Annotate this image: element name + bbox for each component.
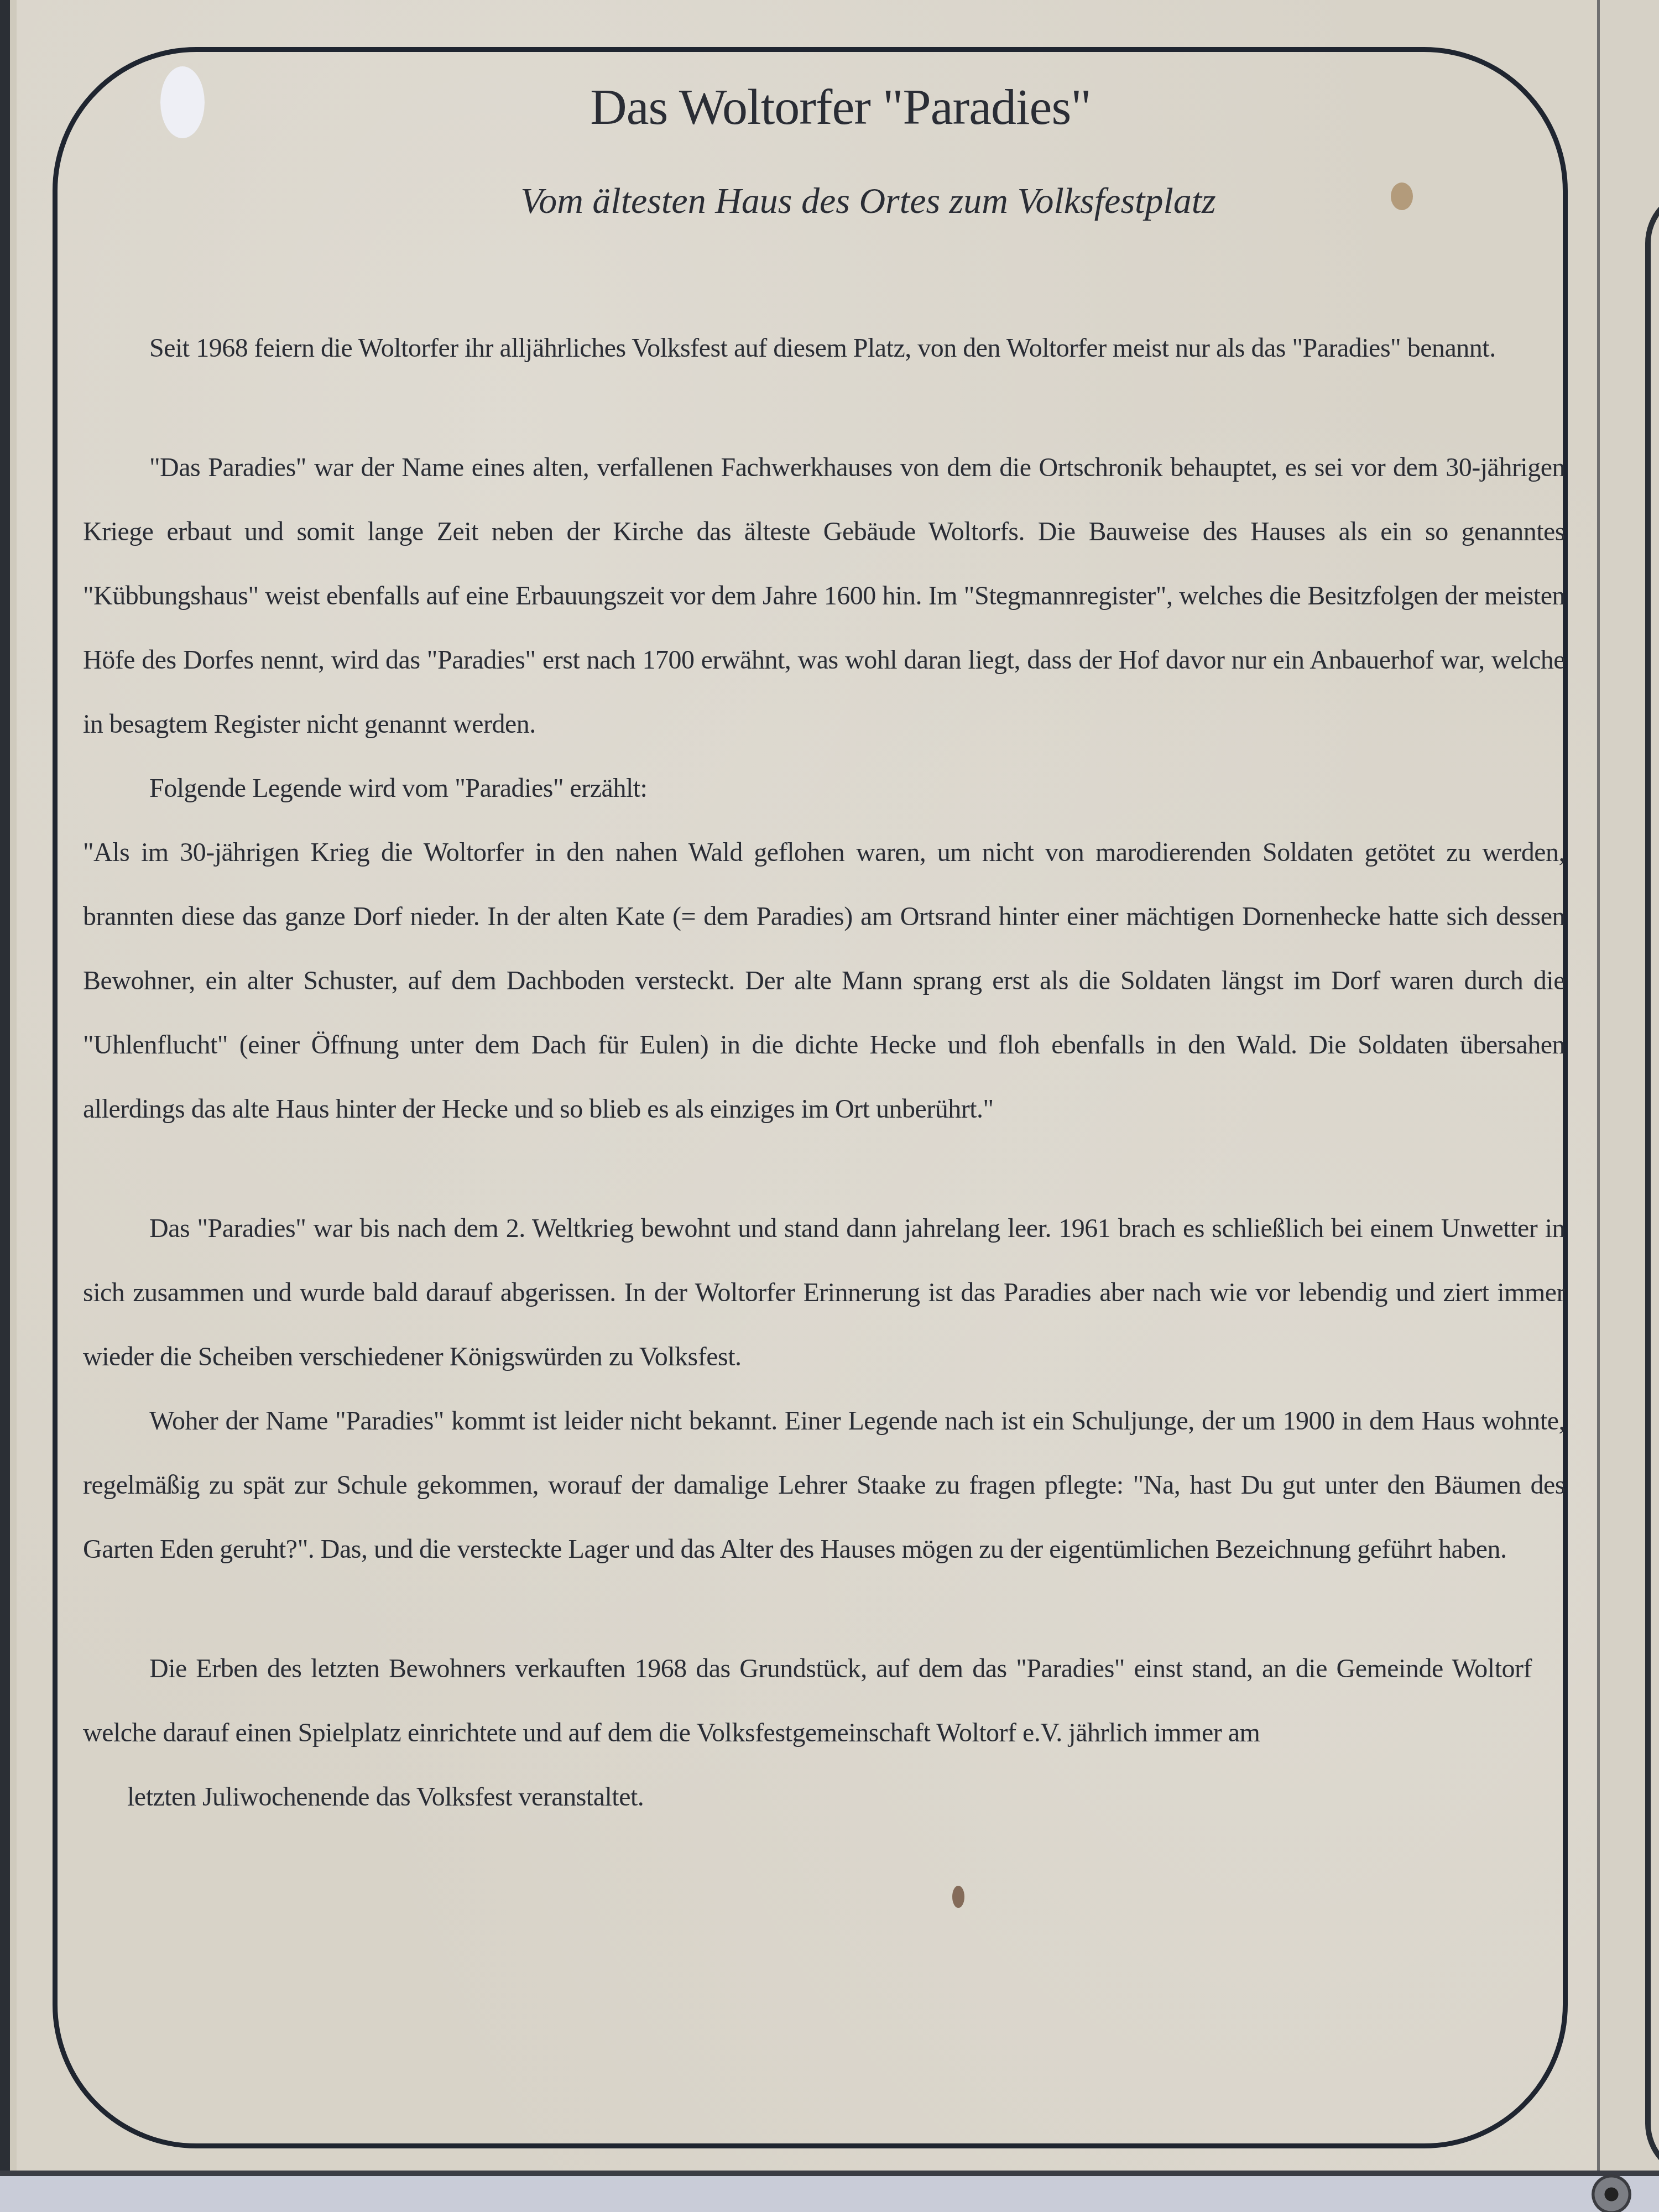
sign-content: Das Woltorfer "Paradies" Vom ältesten Ha… bbox=[83, 77, 1565, 1829]
paragraph-legend: "Als im 30-jährigen Krieg die Woltorfer … bbox=[83, 821, 1565, 1141]
paragraph-name-origin: Woher der Name "Paradies" kommt ist leid… bbox=[83, 1389, 1565, 1582]
sign-left-edge bbox=[0, 0, 10, 2173]
sign-subtitle: Vom ältesten Haus des Ortes zum Volksfes… bbox=[83, 180, 1565, 222]
metal-bottom-rail bbox=[0, 2171, 1659, 2212]
paragraph-demolition: Das "Paradies" war bis nach dem 2. Weltk… bbox=[83, 1197, 1565, 1389]
paragraph-legend-intro: Folgende Legende wird vom "Paradies" erz… bbox=[83, 757, 1565, 821]
sign-title: Das Woltorfer "Paradies" bbox=[83, 77, 1565, 136]
paragraph-intro: Seit 1968 feiern die Woltorfer ihr alljä… bbox=[83, 316, 1565, 380]
paragraph-playground: Die Erben des letzten Bewohners verkauft… bbox=[83, 1637, 1565, 1829]
screw-icon bbox=[1592, 2174, 1631, 2212]
paragraph-playground-last-line: letzten Juliwochenende das Volksfest ver… bbox=[83, 1765, 1532, 1829]
paragraph-playground-text: Die Erben des letzten Bewohners verkauft… bbox=[83, 1654, 1532, 1747]
adjacent-sign-frame bbox=[1645, 188, 1659, 2179]
paragraph-history: "Das Paradies" war der Name eines alten,… bbox=[83, 436, 1565, 757]
